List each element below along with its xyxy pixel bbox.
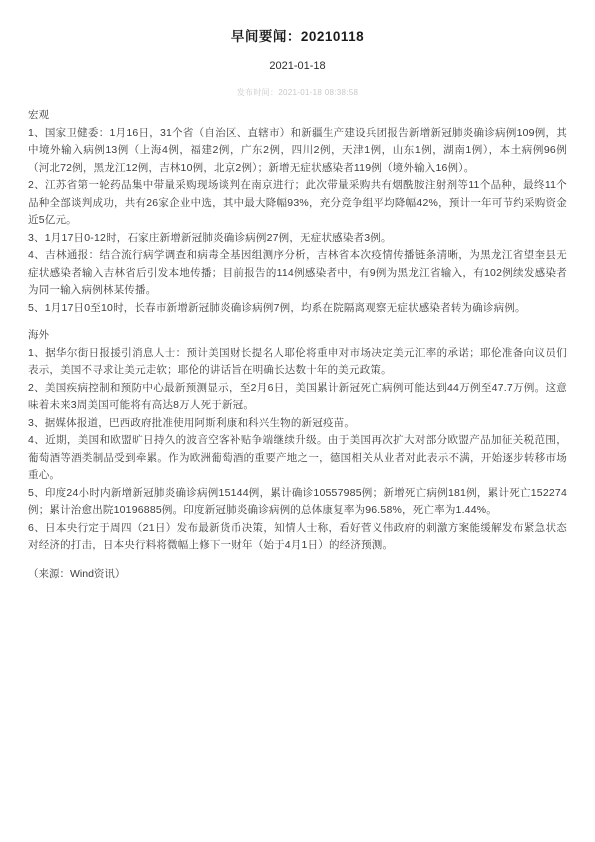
news-item: 5、印度24小时内新增新冠肺炎确诊病例15144例，累计确诊10557985例；…: [28, 485, 567, 520]
document-page: 早间要闻：20210118 2021-01-18 发布时间：2021-01-18…: [0, 0, 595, 842]
publish-time: 发布时间：2021-01-18 08:38:58: [28, 88, 567, 98]
source-line: （来源：Wind资讯）: [28, 566, 567, 584]
news-item: 2、美国疾病控制和预防中心最新预测显示，至2月6日，美国累计新冠死亡病例可能达到…: [28, 380, 567, 415]
page-date: 2021-01-18: [28, 60, 567, 72]
news-item: 1、据华尔街日报援引消息人士：预计美国财长提名人耶伦将重申对市场决定美元汇率的承…: [28, 345, 567, 380]
news-item: 5、1月17日0至10时，长春市新增新冠肺炎确诊病例7例，均系在院隔离观察无症状…: [28, 300, 567, 318]
news-item: 3、1月17日0-12时，石家庄新增新冠肺炎确诊病例27例，无症状感染者3例。: [28, 230, 567, 248]
section-heading-macro: 宏观: [28, 107, 567, 125]
news-item: 4、吉林通报：结合流行病学调查和病毒全基因组测序分析，吉林省本次疫情传播链条清晰…: [28, 247, 567, 300]
news-item: 6、日本央行定于周四（21日）发布最新货币决策，知情人士称，看好菅义伟政府的刺激…: [28, 520, 567, 555]
news-item: 2、江苏省第一轮药品集中带量采购现场谈判在南京进行；此次带量采购共有烟酰胺注射剂…: [28, 177, 567, 230]
section-overseas: 海外 1、据华尔街日报援引消息人士：预计美国财长提名人耶伦将重申对市场决定美元汇…: [28, 327, 567, 555]
news-item: 1、国家卫健委：1月16日，31个省（自治区、直辖市）和新疆生产建设兵团报告新增…: [28, 125, 567, 178]
page-title: 早间要闻：20210118: [28, 29, 567, 44]
news-item: 4、近期，美国和欧盟旷日持久的波音空客补贴争端继续升级。由于美国再次扩大对部分欧…: [28, 432, 567, 485]
section-macro: 宏观 1、国家卫健委：1月16日，31个省（自治区、直辖市）和新疆生产建设兵团报…: [28, 107, 567, 317]
news-item: 3、据媒体报道，巴西政府批准使用阿斯利康和科兴生物的新冠疫苗。: [28, 415, 567, 433]
section-heading-overseas: 海外: [28, 327, 567, 345]
document-body: 宏观 1、国家卫健委：1月16日，31个省（自治区、直辖市）和新疆生产建设兵团报…: [28, 107, 567, 583]
